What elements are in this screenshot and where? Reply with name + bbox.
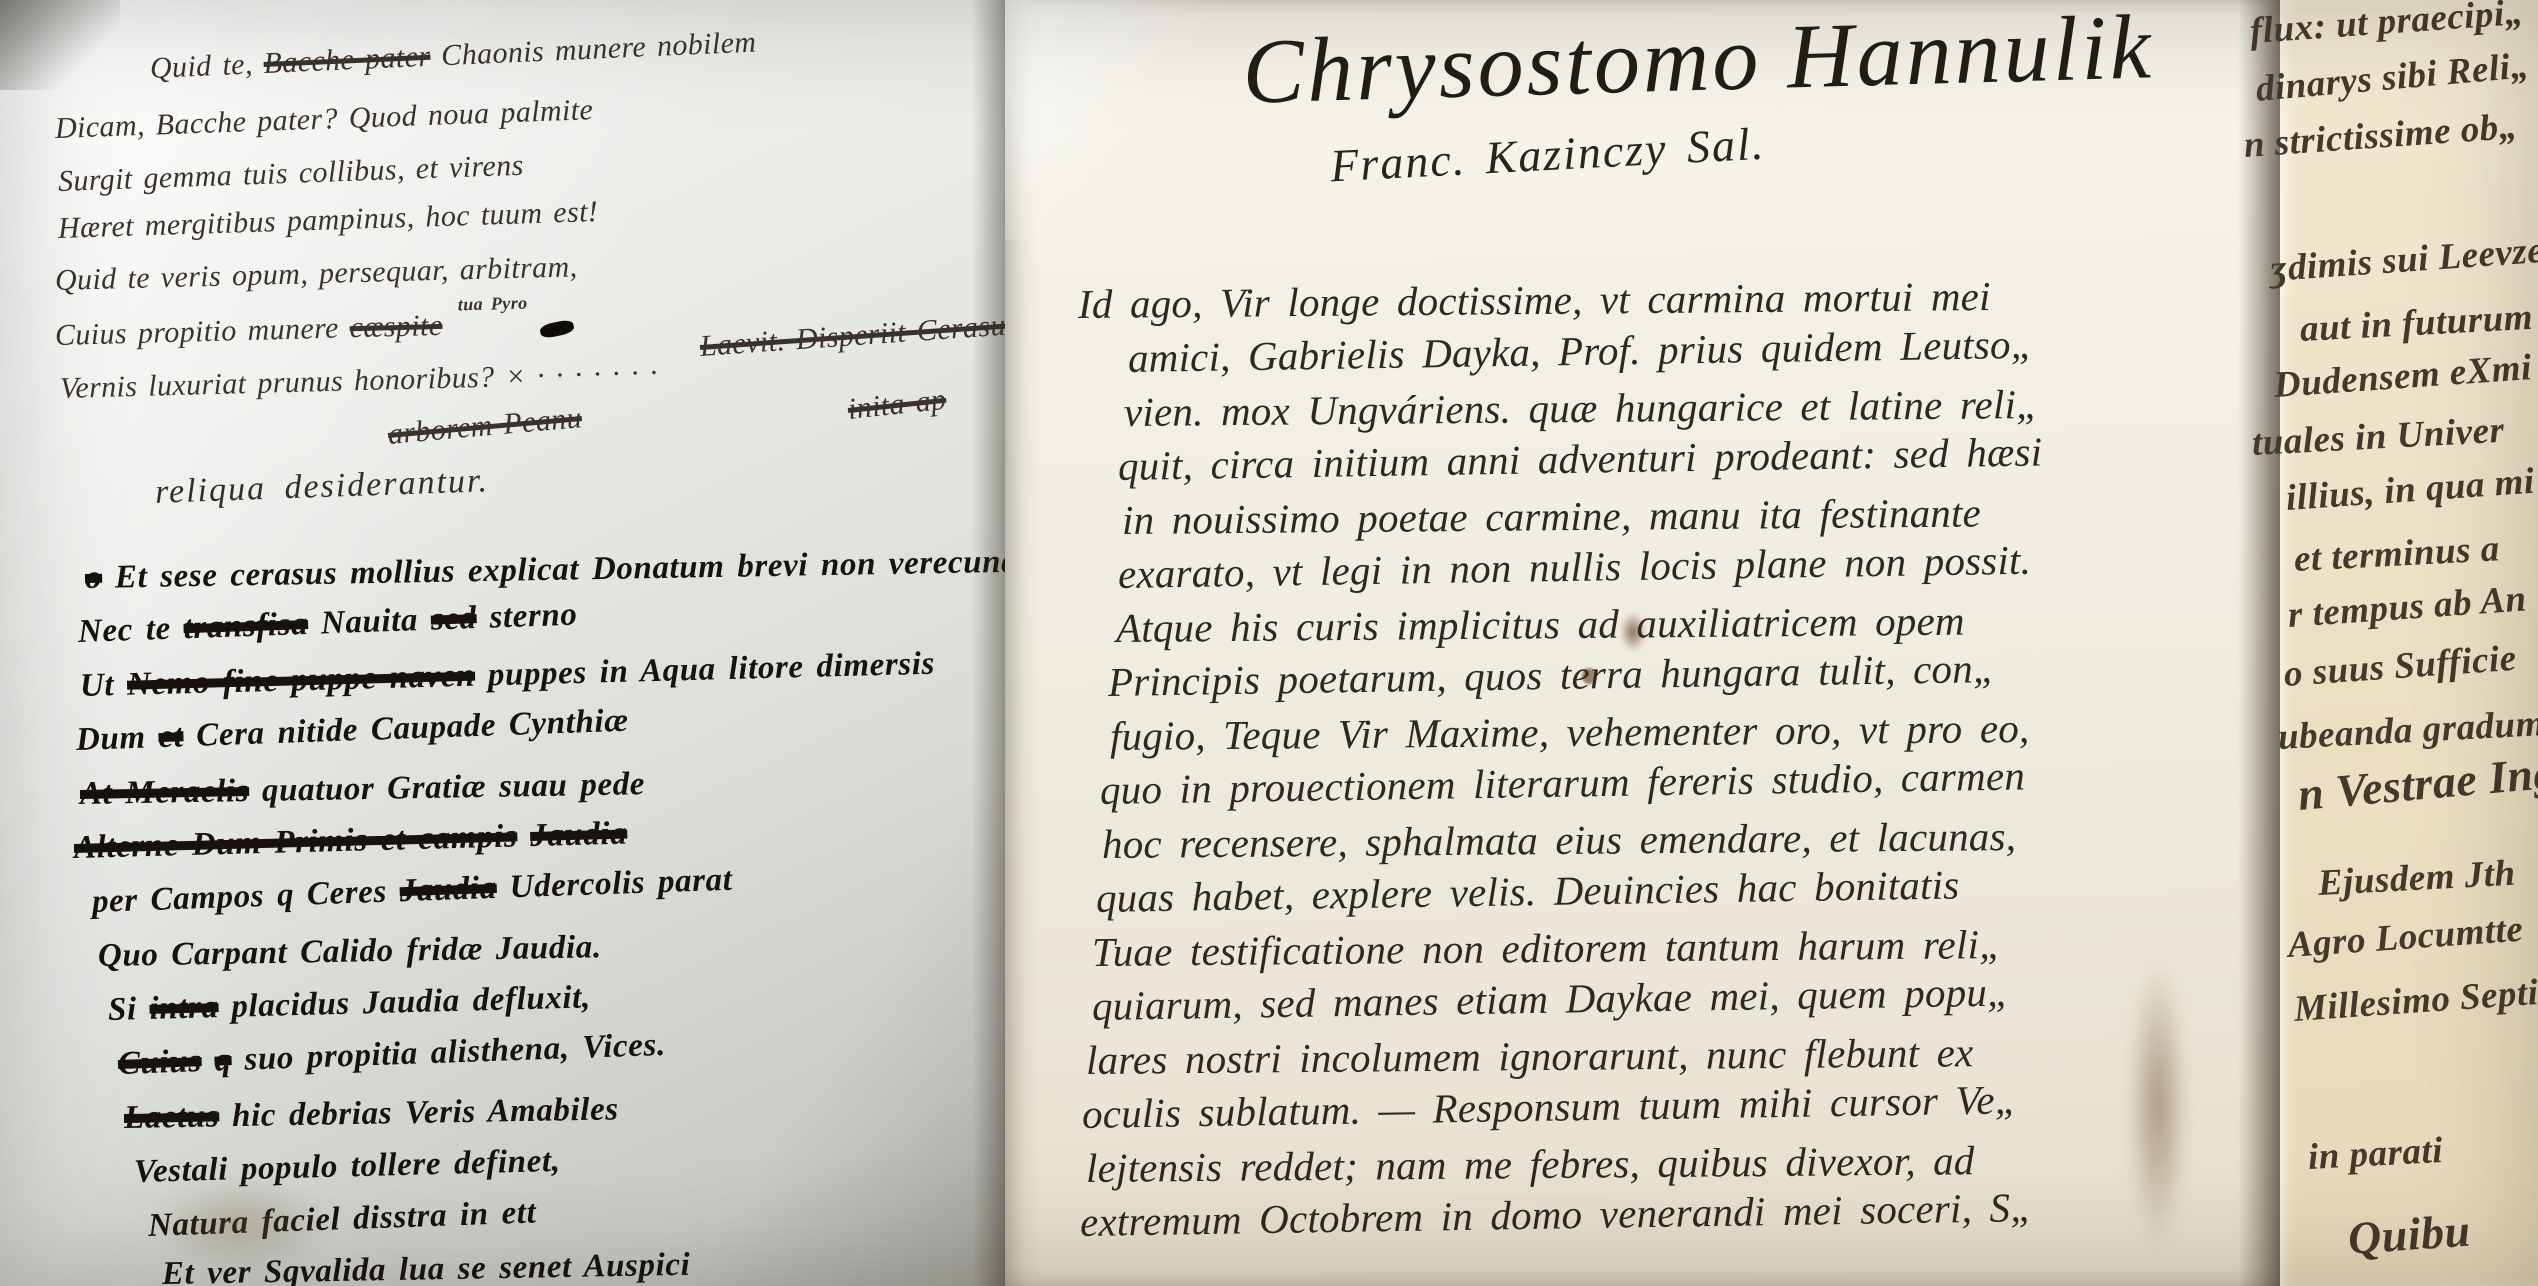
- manuscript-line: arborem Peanu: [387, 401, 584, 452]
- manuscript-line: in nouissimo poetae carmine, manu ita fe…: [1122, 489, 1981, 544]
- page-corner-shadow: [0, 0, 120, 90]
- manuscript-line: Nec te transfisa Nauita sed sterno: [77, 597, 578, 651]
- manuscript-line: Ut Nemo fine puppe naven puppes in Aqua …: [80, 646, 936, 705]
- manuscript-line: lejtensis reddet; nam me febres, quibus …: [1086, 1136, 1975, 1192]
- manuscript-line: Alterne Dum Primis et campis Jaudia: [74, 816, 628, 867]
- left-page: Quid te, Bacche pater Chaonis munere nob…: [0, 0, 1005, 1286]
- manuscript-line: Quid te veris opum, persequar, arbitram,: [55, 250, 578, 298]
- manuscript-line: o Et sese cerasus mollius explicat Donat…: [85, 543, 1063, 597]
- manuscript-line: Cuius propitio munere cæspite tua Pyro: [55, 305, 534, 353]
- manuscript-line: Si intra placidus Jaudia defluxit,: [108, 979, 592, 1029]
- manuscript-line: Laetus hic debrias Veris Amabiles: [124, 1091, 619, 1137]
- manuscript-line: inita ap: [846, 383, 948, 427]
- manuscript-line: per Campos q Ceres Jaudia Udercolis para…: [91, 862, 733, 921]
- manuscript-line: hoc recensere, sphalmata eius emendare, …: [1102, 812, 2017, 868]
- manuscript-line: Quibu: [2346, 1204, 2472, 1265]
- manuscript-line: fugio, Teque Vir Maxime, vehementer oro,…: [1110, 704, 2030, 760]
- manuscript-line: Hæret mergitibus pampinus, hoc tuum est!: [57, 195, 598, 246]
- manuscript-line: At Meraelis quatuor Gratiæ suau pede: [80, 766, 646, 813]
- manuscript-line: Vernis luxuriat prunus honoribus? × · · …: [60, 356, 659, 406]
- manuscript-line: Atque his curis implicitus ad auxiliatri…: [1116, 597, 1965, 652]
- manuscript-line: Cuius q suo propitia alisthena, Vices.: [117, 1027, 666, 1083]
- manuscript-line: Et ver Sqvalida lua se senet Auspici: [162, 1247, 691, 1286]
- manuscript-line: Dicam, Bacche pater? Quod noua palmite: [54, 93, 593, 146]
- manuscript-line: Id ago, Vir longe doctissime, vt carmina…: [1078, 272, 1991, 328]
- poem-note: reliqua desiderantur.: [154, 462, 489, 512]
- manuscript-line: Quid te, Bacche pater Chaonis munere nob…: [149, 26, 757, 86]
- manuscript-line: Quo Carpant Calido fridæ Jaudia.: [98, 929, 602, 975]
- manuscript-line: Tuae testificatione non editorem tantum …: [1092, 920, 2003, 976]
- manuscript-line: Dum et Cera nitide Caupade Cynthiæ: [75, 703, 629, 759]
- manuscript-line: Vestali populo tollere definet,: [134, 1143, 561, 1191]
- manuscript-line: in parati: [2307, 1129, 2444, 1179]
- manuscript-line: vien. mox Ungváriens. quæ hungarice et l…: [1124, 380, 2040, 436]
- manuscript-line: Natura faciel disstra in ett: [147, 1194, 537, 1245]
- manuscript-line: Surgit gemma tuis collibus, et virens: [57, 149, 524, 199]
- manuscript-line: lares nostri incolumem ignorarunt, nunc …: [1086, 1028, 1974, 1084]
- manuscript-photo: Quid te, Bacche pater Chaonis munere nob…: [0, 0, 2538, 1286]
